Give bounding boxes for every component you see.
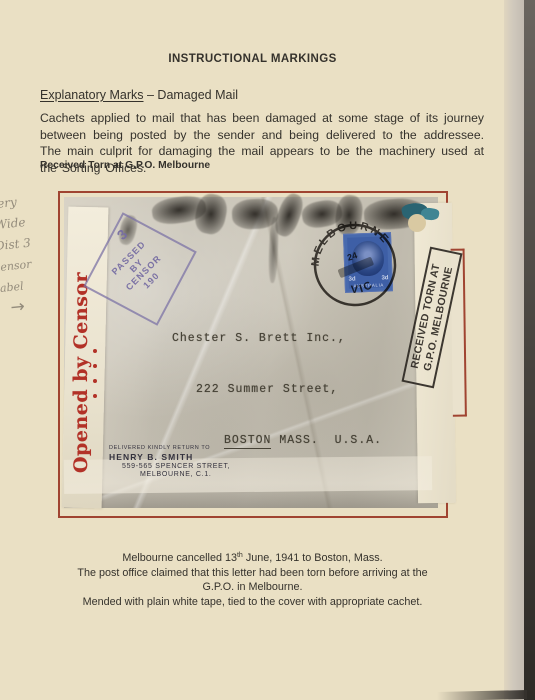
return-address-block: DELIVERED KINDLY RETURN TO HENRY B. SMIT… [109,445,230,478]
censor-tape-dots [93,349,97,398]
address-line: Chester S. Brett Inc., [172,333,382,345]
album-page: INSTRUCTIONAL MARKINGS Explanatory Marks… [0,0,535,700]
svg-text:VIC: VIC [347,277,377,299]
return-address-line: 559-565 SPENCER STREET, [122,463,230,470]
cancellation-smudge [268,217,279,283]
caption-line: The post office claimed that this letter… [0,566,505,581]
section-heading-underlined: Explanatory Marks [40,88,144,102]
pencil-margin-note: Very Wide Dist 3 censor label → [0,188,65,320]
section-heading-rest: – Damaged Mail [144,88,239,102]
return-address-line: DELIVERED KINDLY RETURN TO [109,445,230,451]
postmark-date-fragment: 24 [346,250,359,263]
caption-line: G.P.O. in Melbourne. [0,580,505,595]
section-heading: Explanatory Marks – Damaged Mail [40,88,238,102]
postmark-state-arc: VIC [347,277,377,299]
torn-corner-patch [408,214,426,232]
page-title: INSTRUCTIONAL MARKINGS [0,53,505,65]
caption-line: Mended with plain white tape, tied to th… [0,595,505,610]
caption-line: Melbourne cancelled 13th June, 1941 to B… [0,549,505,566]
caption-text: June, 1941 to Boston, Mass. [243,552,383,564]
page-edge-highlight [504,0,525,700]
return-address-line: MELBOURNE, C.1. [140,471,230,478]
scan-background-edge [524,0,535,700]
exhibit-caption: Melbourne cancelled 13th June, 1941 to B… [0,549,505,609]
pencil-note-line: censor label [0,251,63,300]
address-line: 222 Summer Street, [196,384,382,396]
return-address-line: HENRY B. SMITH [109,452,230,462]
caption-text: Melbourne cancelled 13 [122,552,237,564]
scan-corner-shadow [437,690,527,700]
cover-mount-frame: 3d 3d AUSTRALIA MELBOURNE VIC 24 RECEIVE… [58,191,448,518]
item-subheading: Received Torn at G.P.O. Melbourne [40,160,210,171]
damaged-envelope: 3d 3d AUSTRALIA MELBOURNE VIC 24 RECEIVE… [64,197,438,508]
address-line-rest: MASS. U.S.A. [271,434,382,447]
address-city-underlined: BOSTON [224,434,271,449]
address-line: BOSTON MASS. U.S.A. [224,435,382,447]
